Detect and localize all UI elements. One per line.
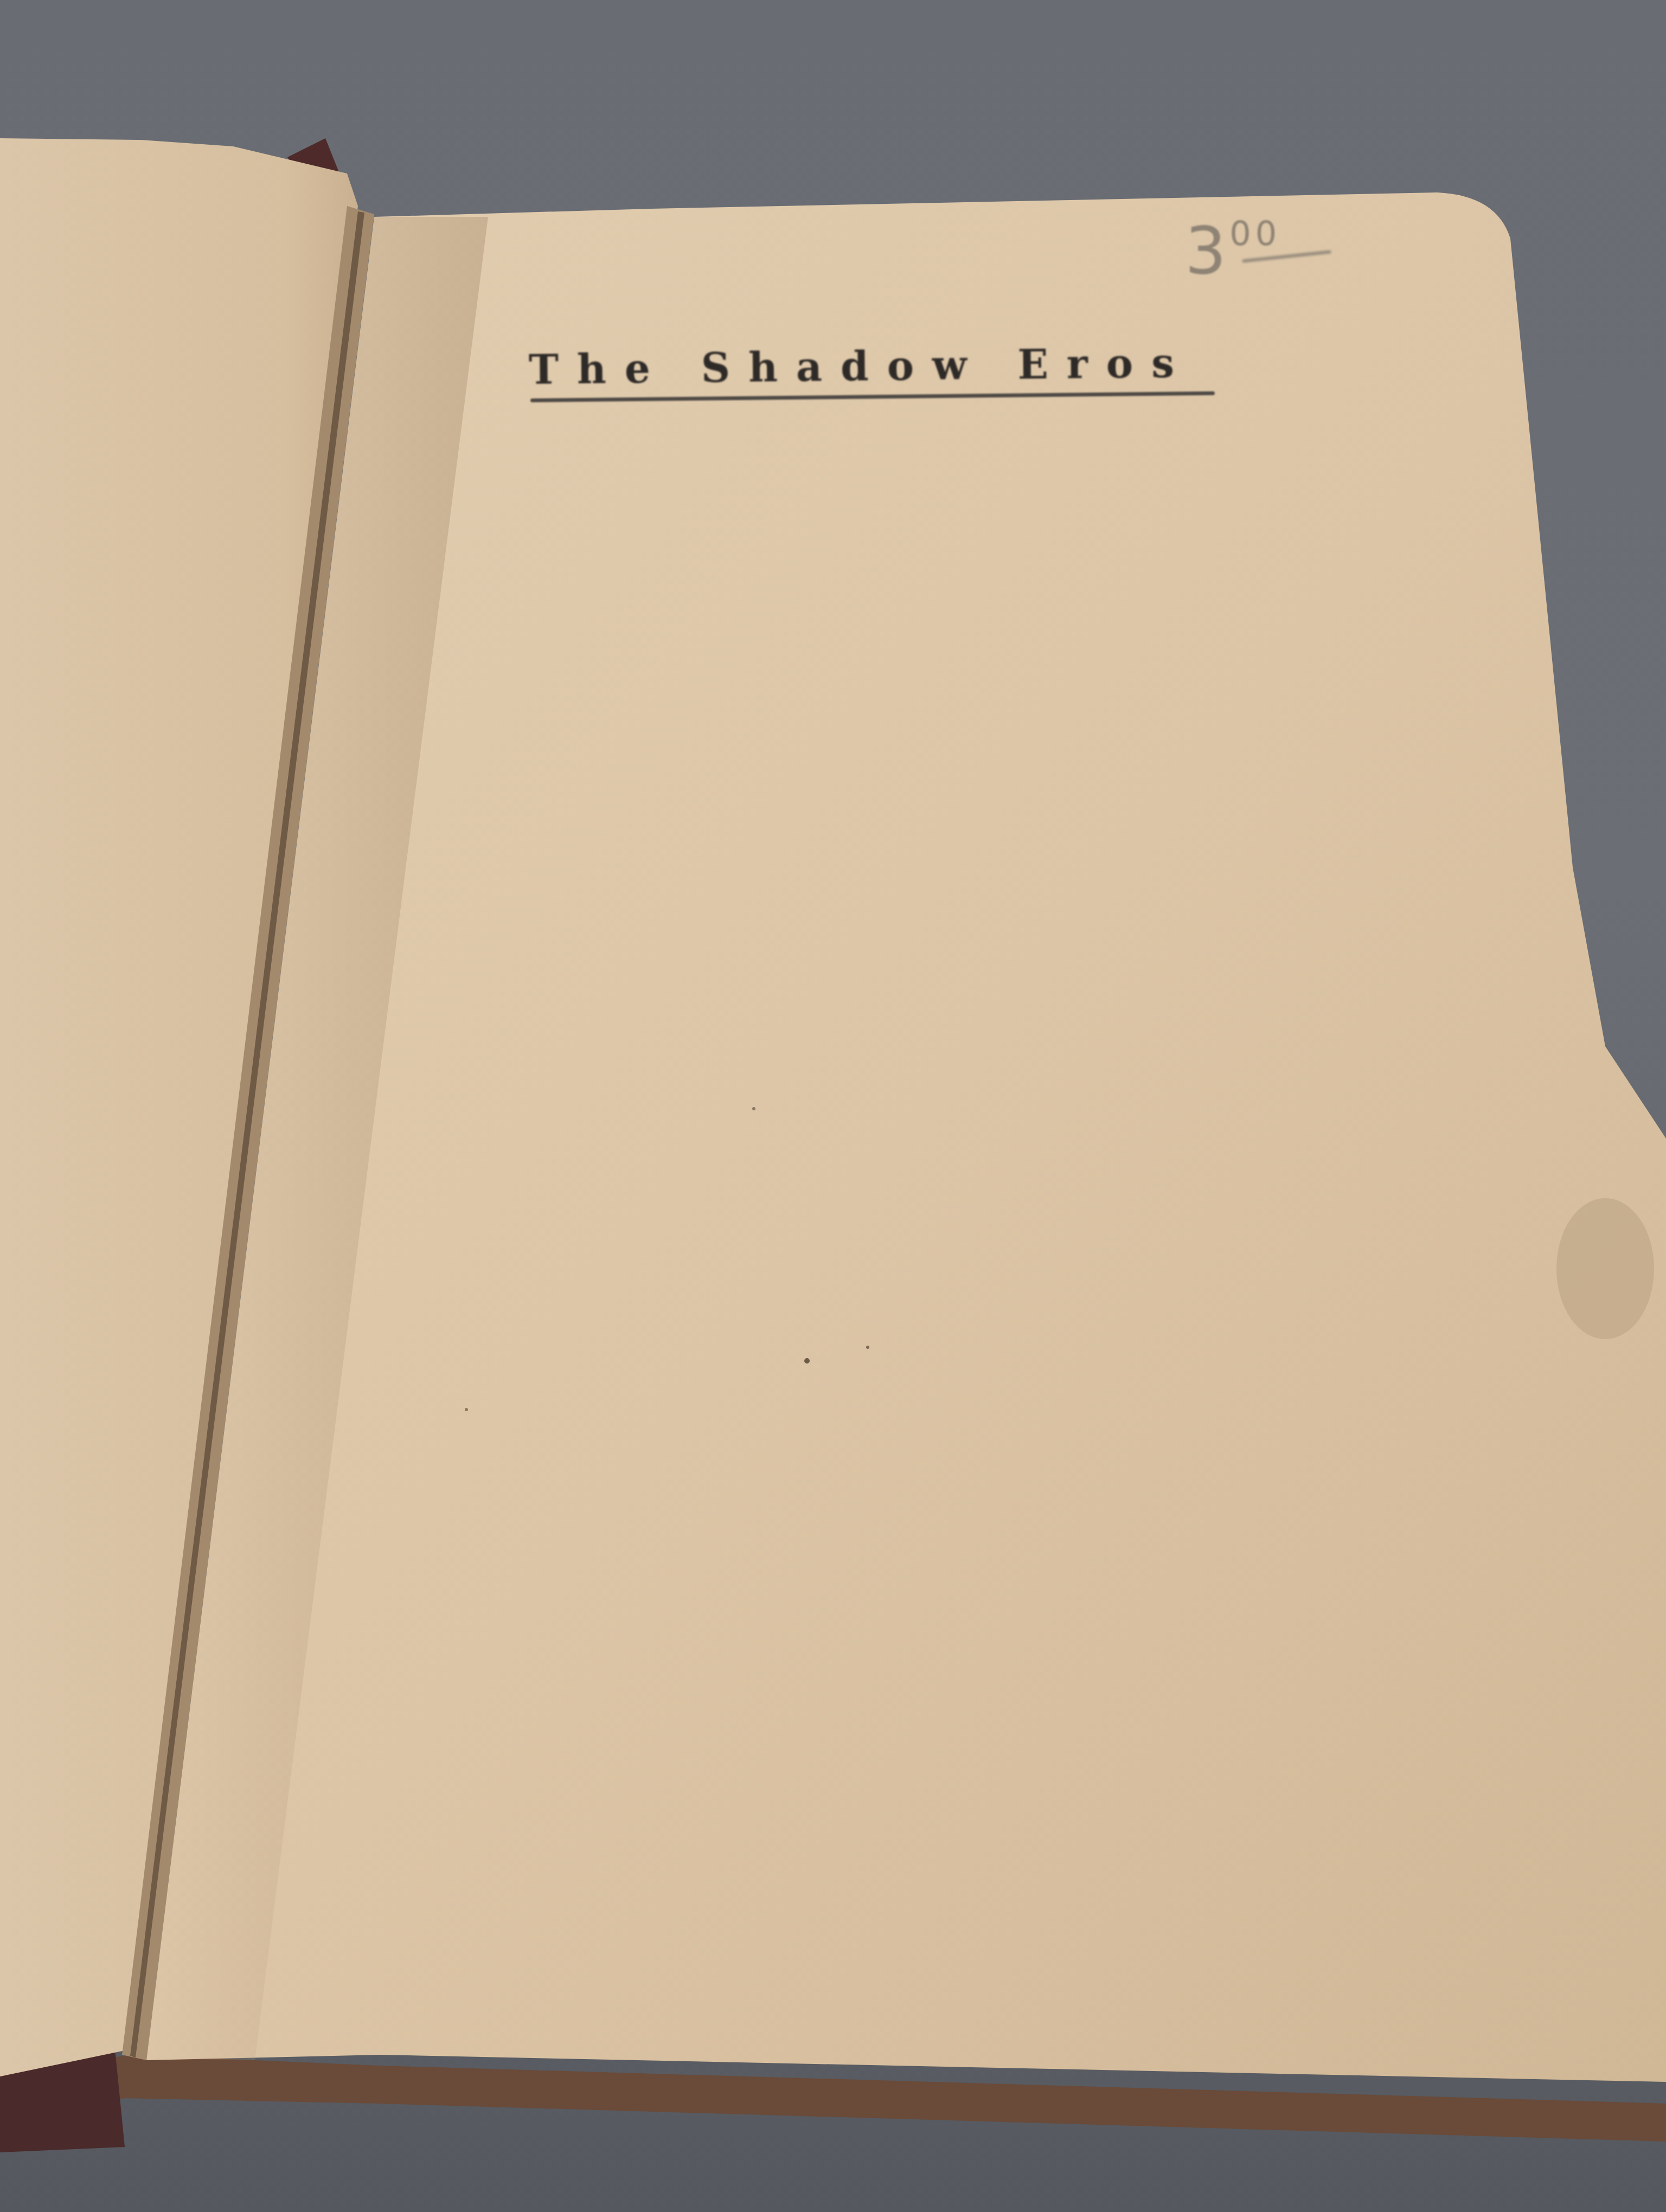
price-main: 3	[1185, 214, 1226, 289]
photo-scene: 300 The Shadow Eros	[0, 0, 1666, 2212]
open-book	[0, 0, 1666, 2212]
foxing-stain	[1556, 1198, 1654, 1339]
book-title: The Shadow Eros	[529, 340, 1223, 394]
pencil-price-mark: 300	[1185, 217, 1281, 284]
price-cents: 00	[1229, 214, 1281, 253]
